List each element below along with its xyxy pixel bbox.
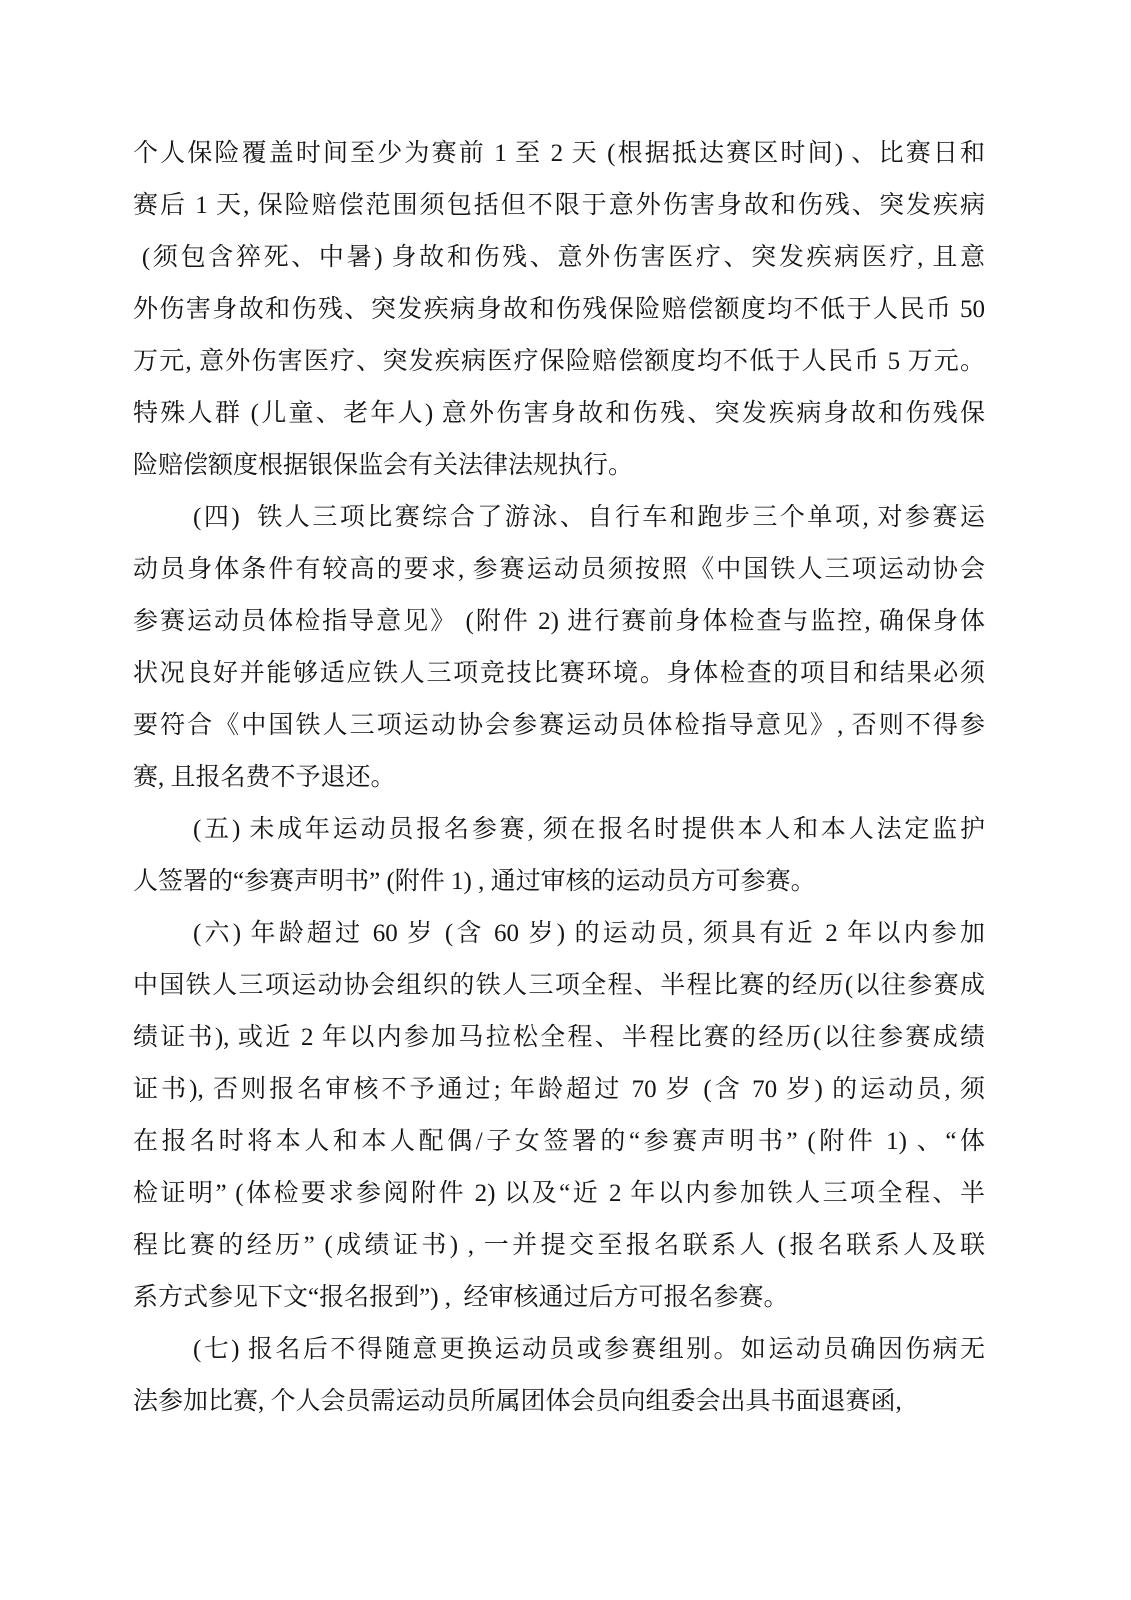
- text-line: (须包含猝死、中暑) 身故和伤残、意外伤害医疗、突发疾病医疗, 且意: [133, 232, 985, 284]
- text-line: 赛, 且报名费不予退还。: [133, 752, 985, 804]
- text-line: 人签署的“参赛声明书” (附件 1) , 通过审核的运动员方可参赛。: [133, 856, 985, 908]
- text-line: 检证明” (体检要求参阅附件 2) 以及“近 2 年以内参加铁人三项全程、半: [133, 1168, 985, 1220]
- text-line: 系方式参见下文“报名报到”) , 经审核通过后方可报名参赛。: [133, 1272, 985, 1324]
- document-page: 个人保险覆盖时间至少为赛前 1 至 2 天 (根据抵达赛区时间) 、比赛日和赛后…: [0, 0, 1131, 1600]
- text-line: 外伤害身故和伤残、突发疾病身故和伤残保险赔偿额度均不低于人民币 50: [133, 284, 985, 336]
- text-line: 证书), 否则报名审核不予通过; 年龄超过 70 岁 (含 70 岁) 的运动员…: [133, 1064, 985, 1116]
- text-line: 要符合《中国铁人三项运动协会参赛运动员体检指导意见》, 否则不得参: [133, 700, 985, 752]
- text-line: 状况良好并能够适应铁人三项竞技比赛环境。身体检查的项目和结果必须: [133, 648, 985, 700]
- text-line: 中国铁人三项运动协会组织的铁人三项全程、半程比赛的经历(以往参赛成: [133, 960, 985, 1012]
- text-line: 赛后 1 天, 保险赔偿范围须包括但不限于意外伤害身故和伤残、突发疾病: [133, 180, 985, 232]
- text-line: 险赔偿额度根据银保监会有关法律法规执行。: [133, 440, 985, 492]
- text-line: 个人保险覆盖时间至少为赛前 1 至 2 天 (根据抵达赛区时间) 、比赛日和: [133, 128, 985, 180]
- text-line: 特殊人群 (儿童、老年人) 意外伤害身故和伤残、突发疾病身故和伤残保: [133, 388, 985, 440]
- text-line: 绩证书), 或近 2 年以内参加马拉松全程、半程比赛的经历(以往参赛成绩: [133, 1012, 985, 1064]
- document-body: 个人保险覆盖时间至少为赛前 1 至 2 天 (根据抵达赛区时间) 、比赛日和赛后…: [133, 128, 985, 1428]
- text-line: 动员身体条件有较高的要求, 参赛运动员须按照《中国铁人三项运动协会: [133, 544, 985, 596]
- text-line: (六) 年龄超过 60 岁 (含 60 岁) 的运动员, 须具有近 2 年以内参…: [133, 908, 985, 960]
- text-line: 参赛运动员体检指导意见》 (附件 2) 进行赛前身体检查与监控, 确保身体: [133, 596, 985, 648]
- text-line: (七) 报名后不得随意更换运动员或参赛组别。如运动员确因伤病无: [133, 1324, 985, 1376]
- text-line: (五) 未成年运动员报名参赛, 须在报名时提供本人和本人法定监护: [133, 804, 985, 856]
- text-line: 在报名时将本人和本人配偶/子女签署的“参赛声明书” (附件 1) 、“体: [133, 1116, 985, 1168]
- text-line: 万元, 意外伤害医疗、突发疾病医疗保险赔偿额度均不低于人民币 5 万元。: [133, 336, 985, 388]
- text-line: 法参加比赛, 个人会员需运动员所属团体会员向组委会出具书面退赛函,: [133, 1376, 985, 1428]
- text-line: 程比赛的经历” (成绩证书) , 一并提交至报名联系人 (报名联系人及联: [133, 1220, 985, 1272]
- text-line: (四) 铁人三项比赛综合了游泳、自行车和跑步三个单项, 对参赛运: [133, 492, 985, 544]
